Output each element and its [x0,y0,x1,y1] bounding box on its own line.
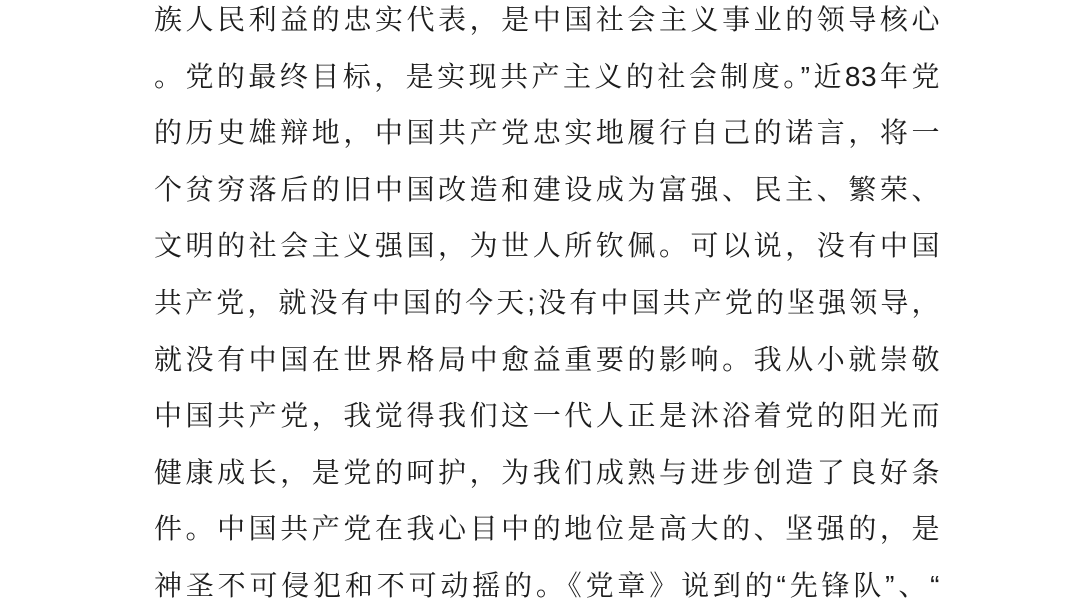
document-viewer: { "doc": { "background": "#ffffff", "tex… [0,0,1088,612]
paragraph-block: 族人民利益的忠实代表，是中国社会主义事业的领导核心 。党的最终目标，是实现共产主… [154,0,940,612]
text-line: 族人民利益的忠实代表，是中国社会主义事业的领导核心 [154,0,940,49]
text-line: 就没有中国在世界格局中愈益重要的影响。我从小就崇敬 [154,332,940,389]
text-line: 的历史雄辩地，中国共产党忠实地履行自己的诺言，将一 [154,105,940,162]
text-line: 神圣不可侵犯和不可动摇的。《党章》说到的“先锋队”、“ [154,558,940,612]
text-line: 健康成长，是党的呵护，为我们成熟与进步创造了良好条 [154,445,940,502]
text-line: 件。中国共产党在我心目中的地位是高大的、坚强的，是 [154,501,940,558]
document-page: 族人民利益的忠实代表，是中国社会主义事业的领导核心 。党的最终目标，是实现共产主… [0,0,1088,612]
text-line: 。党的最终目标，是实现共产主义的社会制度。”近83年党 [154,49,940,106]
text-line: 中国共产党，我觉得我们这一代人正是沐浴着党的阳光而 [154,388,940,445]
text-line: 文明的社会主义强国，为世人所钦佩。可以说，没有中国 [154,218,940,275]
text-line: 共产党，就没有中国的今天;没有中国共产党的坚强领导， [154,275,940,332]
text-line: 个贫穷落后的旧中国改造和建设成为富强、民主、繁荣、 [154,162,940,219]
